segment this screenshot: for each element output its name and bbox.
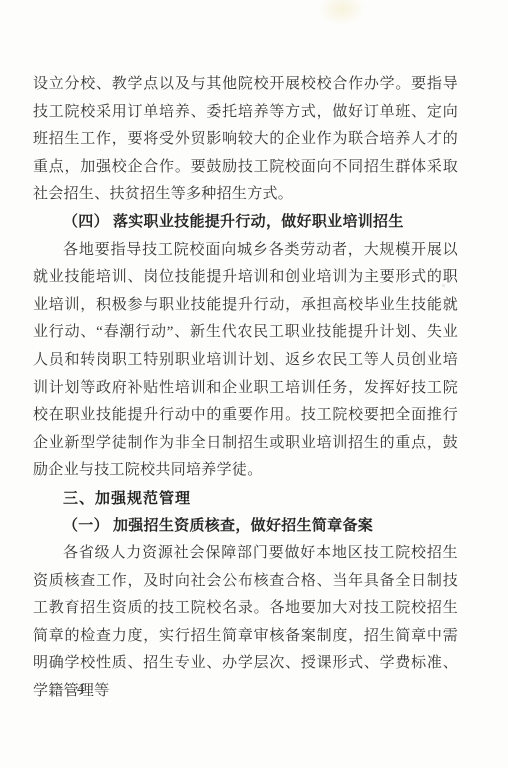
- document-page: 设立分校、教学点以及与其他院校开展校校合作办学。要指导技工院校采用订单培养、委托…: [0, 0, 508, 768]
- footer-dash-right: —: [89, 681, 116, 697]
- subsection-heading-one: （一） 加强招生资质核查，做好招生简章备案: [33, 513, 458, 541]
- subsection-heading-four: （四） 落实职业技能提升行动，做好职业培训招生: [33, 209, 458, 237]
- footer-dash-left: —: [46, 681, 73, 697]
- scan-smudge: [318, 0, 366, 26]
- page-number: 4: [73, 681, 89, 697]
- text-block: 设立分校、教学点以及与其他院校开展校校合作办学。要指导技工院校采用订单培养、委托…: [33, 71, 458, 706]
- paragraph-continuation-enrollment-methods: 设立分校、教学点以及与其他院校开展校校合作办学。要指导技工院校采用订单培养、委托…: [33, 71, 458, 209]
- page-footer: —4—: [46, 679, 116, 699]
- paragraph-vocational-training: 各地要指导技工院校面向城乡各类劳动者，大规模开展以就业技能培训、岗位技能提升培训…: [33, 237, 458, 485]
- section-heading-three: 三、加强规范管理: [33, 485, 458, 513]
